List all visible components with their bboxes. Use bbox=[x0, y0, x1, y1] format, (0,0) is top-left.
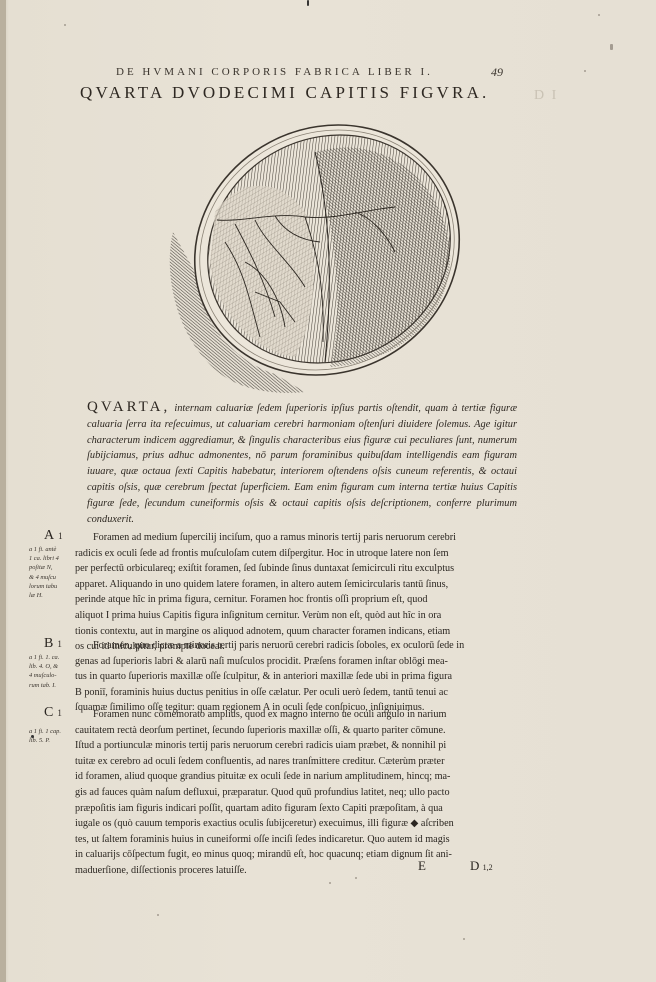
figure-title: QVARTA DVODECIMI CAPITIS FIGVRA. bbox=[80, 83, 490, 103]
margin-mark bbox=[31, 735, 34, 738]
running-head: DE HVMANI CORPORIS FABRICA LIBER I. bbox=[116, 66, 516, 78]
paper-speck bbox=[329, 882, 331, 884]
caption-text: internam caluariæ ſedem ſuperioris ipſiu… bbox=[87, 403, 517, 525]
paper-speck bbox=[307, 0, 309, 6]
paper-speck bbox=[64, 24, 66, 26]
paper-speck bbox=[610, 44, 613, 50]
entry-paragraph-c: Foramen nunc cōmemorato amplius, quod ex… bbox=[75, 707, 517, 879]
marginal-note-c: a 1 fi. 1 cap. lib. 5. P. bbox=[29, 727, 73, 745]
paper-speck bbox=[157, 914, 159, 916]
entry-key-c: C1 bbox=[44, 705, 62, 721]
caption-lead: QVARTA, bbox=[87, 399, 170, 415]
page-gutter bbox=[0, 0, 6, 982]
skull-cap-icon bbox=[155, 112, 485, 397]
book-page: D I DE HVMANI CORPORIS FABRICA LIBER I. … bbox=[0, 0, 656, 982]
entry-key-b: B1 bbox=[44, 636, 62, 652]
paper-speck bbox=[598, 14, 600, 16]
marginal-note-a: a 1 fi. antè 1 ca. libri 4 poſitæ N, & 4… bbox=[29, 545, 73, 600]
entry-paragraph-b: Foramen, quo dictæ a minoris tertij pari… bbox=[75, 638, 517, 716]
figure-caption: QVARTA, internam caluariæ ſedem ſuperior… bbox=[87, 400, 517, 527]
paper-speck bbox=[584, 70, 586, 72]
entry-key-a: A1 bbox=[44, 528, 63, 544]
signature-mark: D 1,2 bbox=[470, 858, 493, 874]
marginal-note-b: a 1 fi. 1. ca. lib. 4. O, & 4 muſculo- r… bbox=[29, 653, 73, 690]
paper-speck bbox=[463, 938, 465, 940]
catchword: E bbox=[418, 858, 426, 874]
entry-paragraph-a: Foramen ad medium ſupercilij inciſum, qu… bbox=[75, 530, 517, 655]
show-through-text: D I bbox=[534, 88, 558, 104]
skull-cap-engraving bbox=[155, 112, 485, 397]
page-number: 49 bbox=[491, 65, 503, 80]
